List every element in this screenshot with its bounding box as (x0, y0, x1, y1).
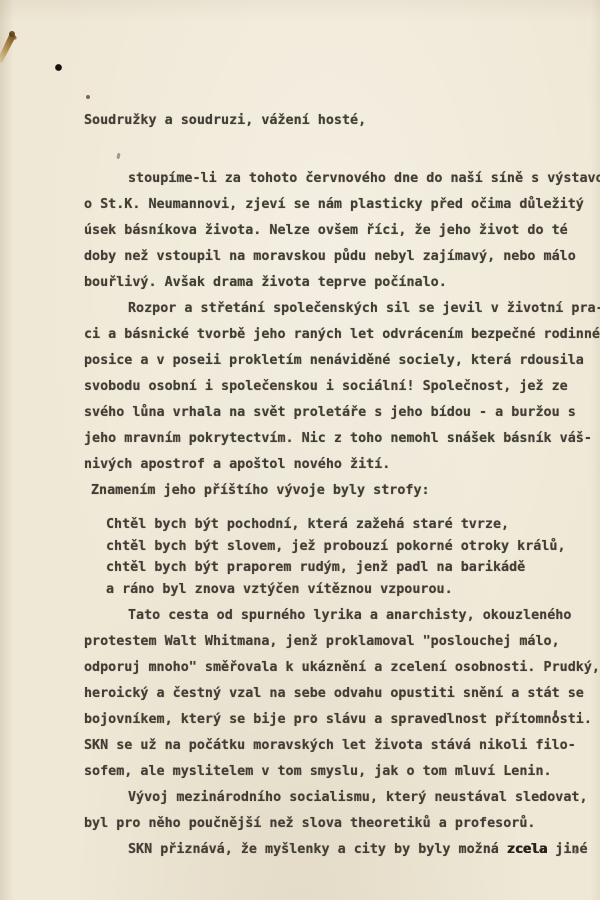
text-segment: SKN přiznává, že myšlenky a city by byly… (128, 842, 507, 857)
text-line: SKN se už na počátku moravských let živo… (84, 737, 600, 763)
text-line: posice a v poseii prokletím nenáviděné s… (84, 352, 600, 378)
text-line: heroický a čestný vzal na sebe odvahu op… (84, 685, 600, 711)
text-line: protestem Walt Whitmana, jenž proklamova… (84, 633, 600, 659)
text-line: svého lůna vrhala na svět proletáře s je… (84, 404, 600, 430)
text-line: Znamením jeho příštího vývoje byly strof… (84, 482, 600, 508)
text-line: byl pro něho poučnější než slova theoret… (84, 815, 600, 841)
text-line: doby než vstoupil na moravskou půdu neby… (84, 248, 600, 274)
text-line: stoupíme-li za tohoto červnového dne do … (84, 170, 600, 196)
text-line: Vývoj mezinárodního socialismu, který ne… (84, 789, 600, 815)
text-line: svobodu osobní i společenskou i sociální… (84, 378, 600, 404)
typewritten-text: Soudružky a soudruzi, vážení hosté,stoup… (0, 0, 600, 867)
text-line: bojovníkem, který se bije pro slávu a sp… (84, 711, 600, 737)
text-line: bouřlivý. Avšak drama života teprve počí… (84, 274, 600, 300)
text-line: úsek básníkova života. Nelze ovšem říci,… (84, 222, 600, 248)
verse-line: a ráno byl znova vztýčen vítěznou vzpour… (84, 581, 600, 603)
text-line: Tato cesta od spurného lyrika a anarchis… (84, 607, 600, 633)
text-line: Rozpor a střetání společenských sil se j… (84, 300, 600, 326)
text-line: jeho mravním pokrytectvím. Nic z toho ne… (84, 430, 600, 456)
text-line: SKN přiznává, že myšlenky a city by byly… (84, 841, 600, 867)
text-line: ci a básnické tvorbě jeho raných let odv… (84, 326, 600, 352)
overstruck-word: zcela (507, 842, 547, 857)
verse-line: Chtěl bych být pochodní, která zažehá st… (84, 516, 600, 538)
text-line: odporuj mnoho" směřovala k ukáznění a zc… (84, 659, 600, 685)
document-page: Soudružky a soudruzi, vážení hosté,stoup… (0, 0, 600, 900)
text-line: o St.K. Neumannovi, zjeví se nám plastic… (84, 196, 600, 222)
text-line: nivých apostrof a apoštol nového žití. (84, 456, 600, 482)
verse-line: chtěl bych být slovem, jež probouzí poko… (84, 538, 600, 560)
text-segment: jiné (547, 842, 587, 857)
salutation-line: Soudružky a soudruzi, vážení hosté, (84, 112, 600, 138)
text-line: sofem, ale myslitelem v tom smyslu, jak … (84, 763, 600, 789)
verse-line: chtěl bych být praporem rudým, jenž padl… (84, 559, 600, 581)
